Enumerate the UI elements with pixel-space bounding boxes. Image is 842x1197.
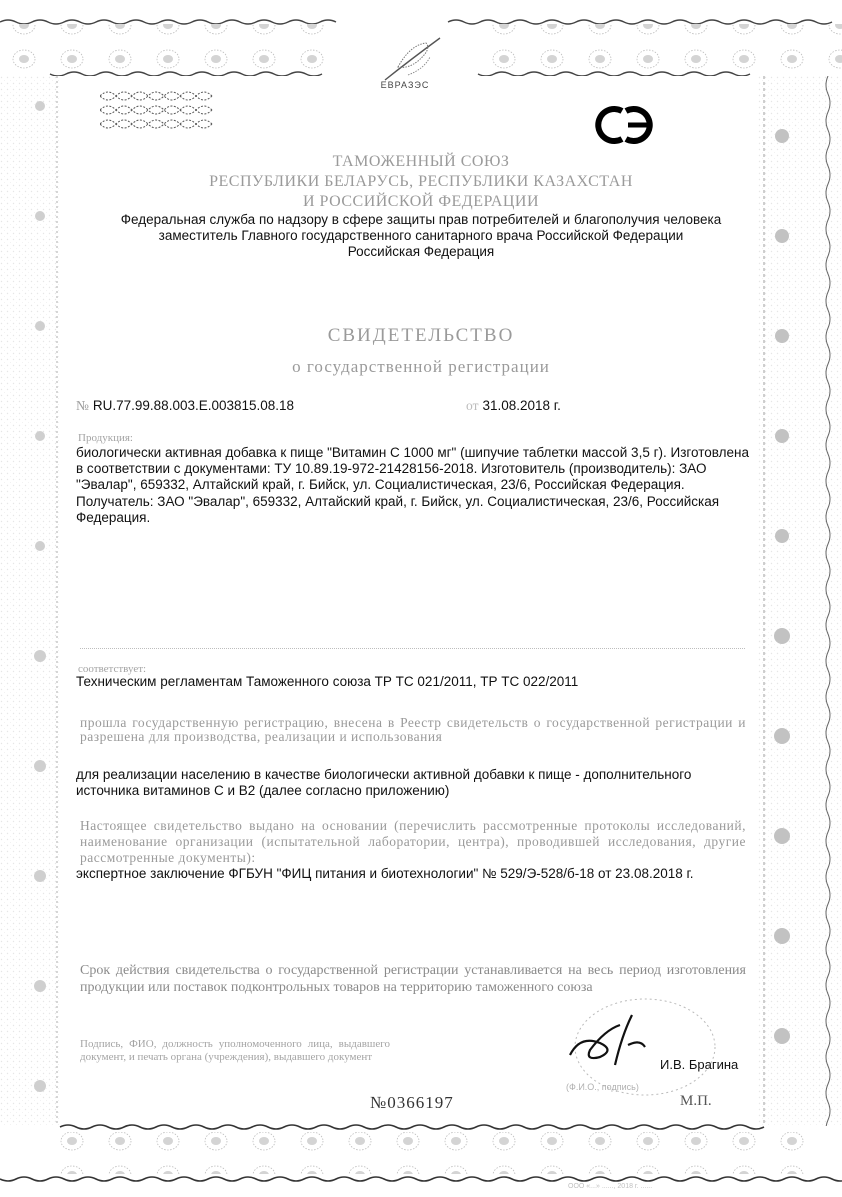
union-title-line-2: РЕСПУБЛИКИ БЕЛАРУСЬ, РЕСПУБЛИКИ КАЗАХСТА… — [0, 172, 842, 192]
agency-line-3: Российская Федерация — [0, 244, 842, 260]
expert-conclusion: экспертное заключение ФГБУН "ФИЦ питания… — [76, 866, 776, 881]
agency-line-2: заместитель Главного государственного са… — [0, 228, 842, 244]
eurasec-label: ЕВРАЗЭС — [330, 80, 480, 90]
registration-number: №RU.77.99.88.003.E.003815.08.18 — [76, 398, 294, 414]
registration-date-value: 31.08.2018 г. — [482, 398, 560, 413]
stamp-place-mark: М.П. — [680, 1093, 712, 1110]
date-prefix: от — [466, 398, 478, 413]
fio-label: (Ф.И.О., подпись) — [566, 1082, 639, 1092]
product-label: Продукция: — [78, 432, 133, 444]
guilloche-border-bottom — [0, 1124, 842, 1184]
union-title-line-3: И РОССИЙСКОЙ ФЕДЕРАЦИИ — [0, 192, 842, 212]
security-rosette-pattern — [100, 88, 225, 133]
product-description: биологически активная добавка к пище "Ви… — [76, 445, 756, 526]
customs-union-se-mark-icon — [588, 103, 660, 147]
certificate-subtitle: о государственной регистрации — [0, 357, 842, 377]
registration-date: от31.08.2018 г. — [466, 398, 561, 414]
validity-statement: Срок действия свидетельства о государств… — [80, 962, 746, 996]
printer-info: ООО «...» ......, 2018 г. ...... — [568, 1183, 652, 1190]
union-title-line-1: ТАМОЖЕННЫЙ СОЮЗ — [0, 152, 842, 172]
conformity-regulations: Техническим регламентам Таможенного союз… — [76, 674, 578, 689]
handwritten-signature — [570, 1015, 645, 1065]
signature-note: Подпись, ФИО, должность уполномоченного … — [80, 1038, 390, 1064]
signatory-name: И.В. Брагина — [660, 1057, 738, 1072]
registration-number-value: RU.77.99.88.003.E.003815.08.18 — [93, 398, 294, 413]
dotted-divider — [80, 648, 745, 649]
agency-line-1: Федеральная служба по надзору в сфере за… — [0, 212, 842, 228]
usage-scope: для реализации населению в качестве биол… — [76, 767, 756, 799]
customs-union-title: ТАМОЖЕННЫЙ СОЮЗ РЕСПУБЛИКИ БЕЛАРУСЬ, РЕС… — [0, 152, 842, 212]
issuance-basis-statement: Настоящее свидетельство выдано на основа… — [80, 818, 746, 866]
number-sign: № — [76, 398, 89, 413]
issuing-agency: Федеральная служба по надзору в сфере за… — [0, 212, 842, 260]
certificate-title: СВИДЕТЕЛЬСТВО — [0, 325, 842, 347]
registration-statement: прошла государственную регистрацию, внес… — [80, 716, 746, 744]
blank-serial-number: №0366197 — [370, 1093, 454, 1113]
